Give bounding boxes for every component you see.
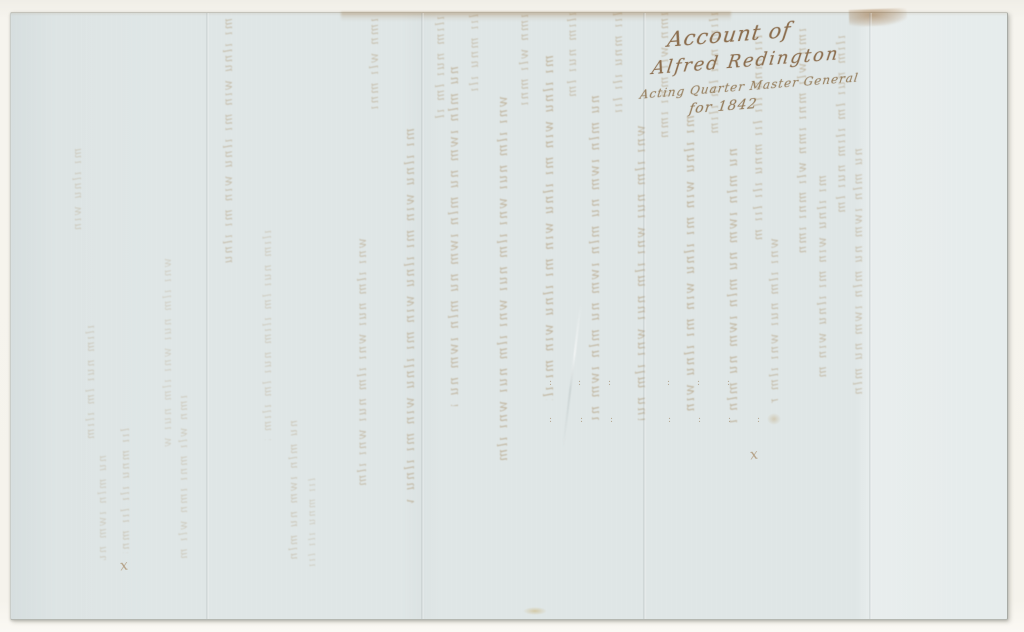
small-round-stain xyxy=(767,413,781,425)
fold-crease-4 xyxy=(869,13,872,619)
top-edge-stain xyxy=(341,12,731,21)
document-scan: mı ılnu wın mı ılnu wın mı ılnu wın mı ı… xyxy=(0,0,1024,632)
fold-crease-1 xyxy=(206,13,209,619)
bottom-edge-stain xyxy=(523,607,547,615)
diagonal-crease xyxy=(562,303,582,447)
fold-crease-2 xyxy=(421,13,424,619)
